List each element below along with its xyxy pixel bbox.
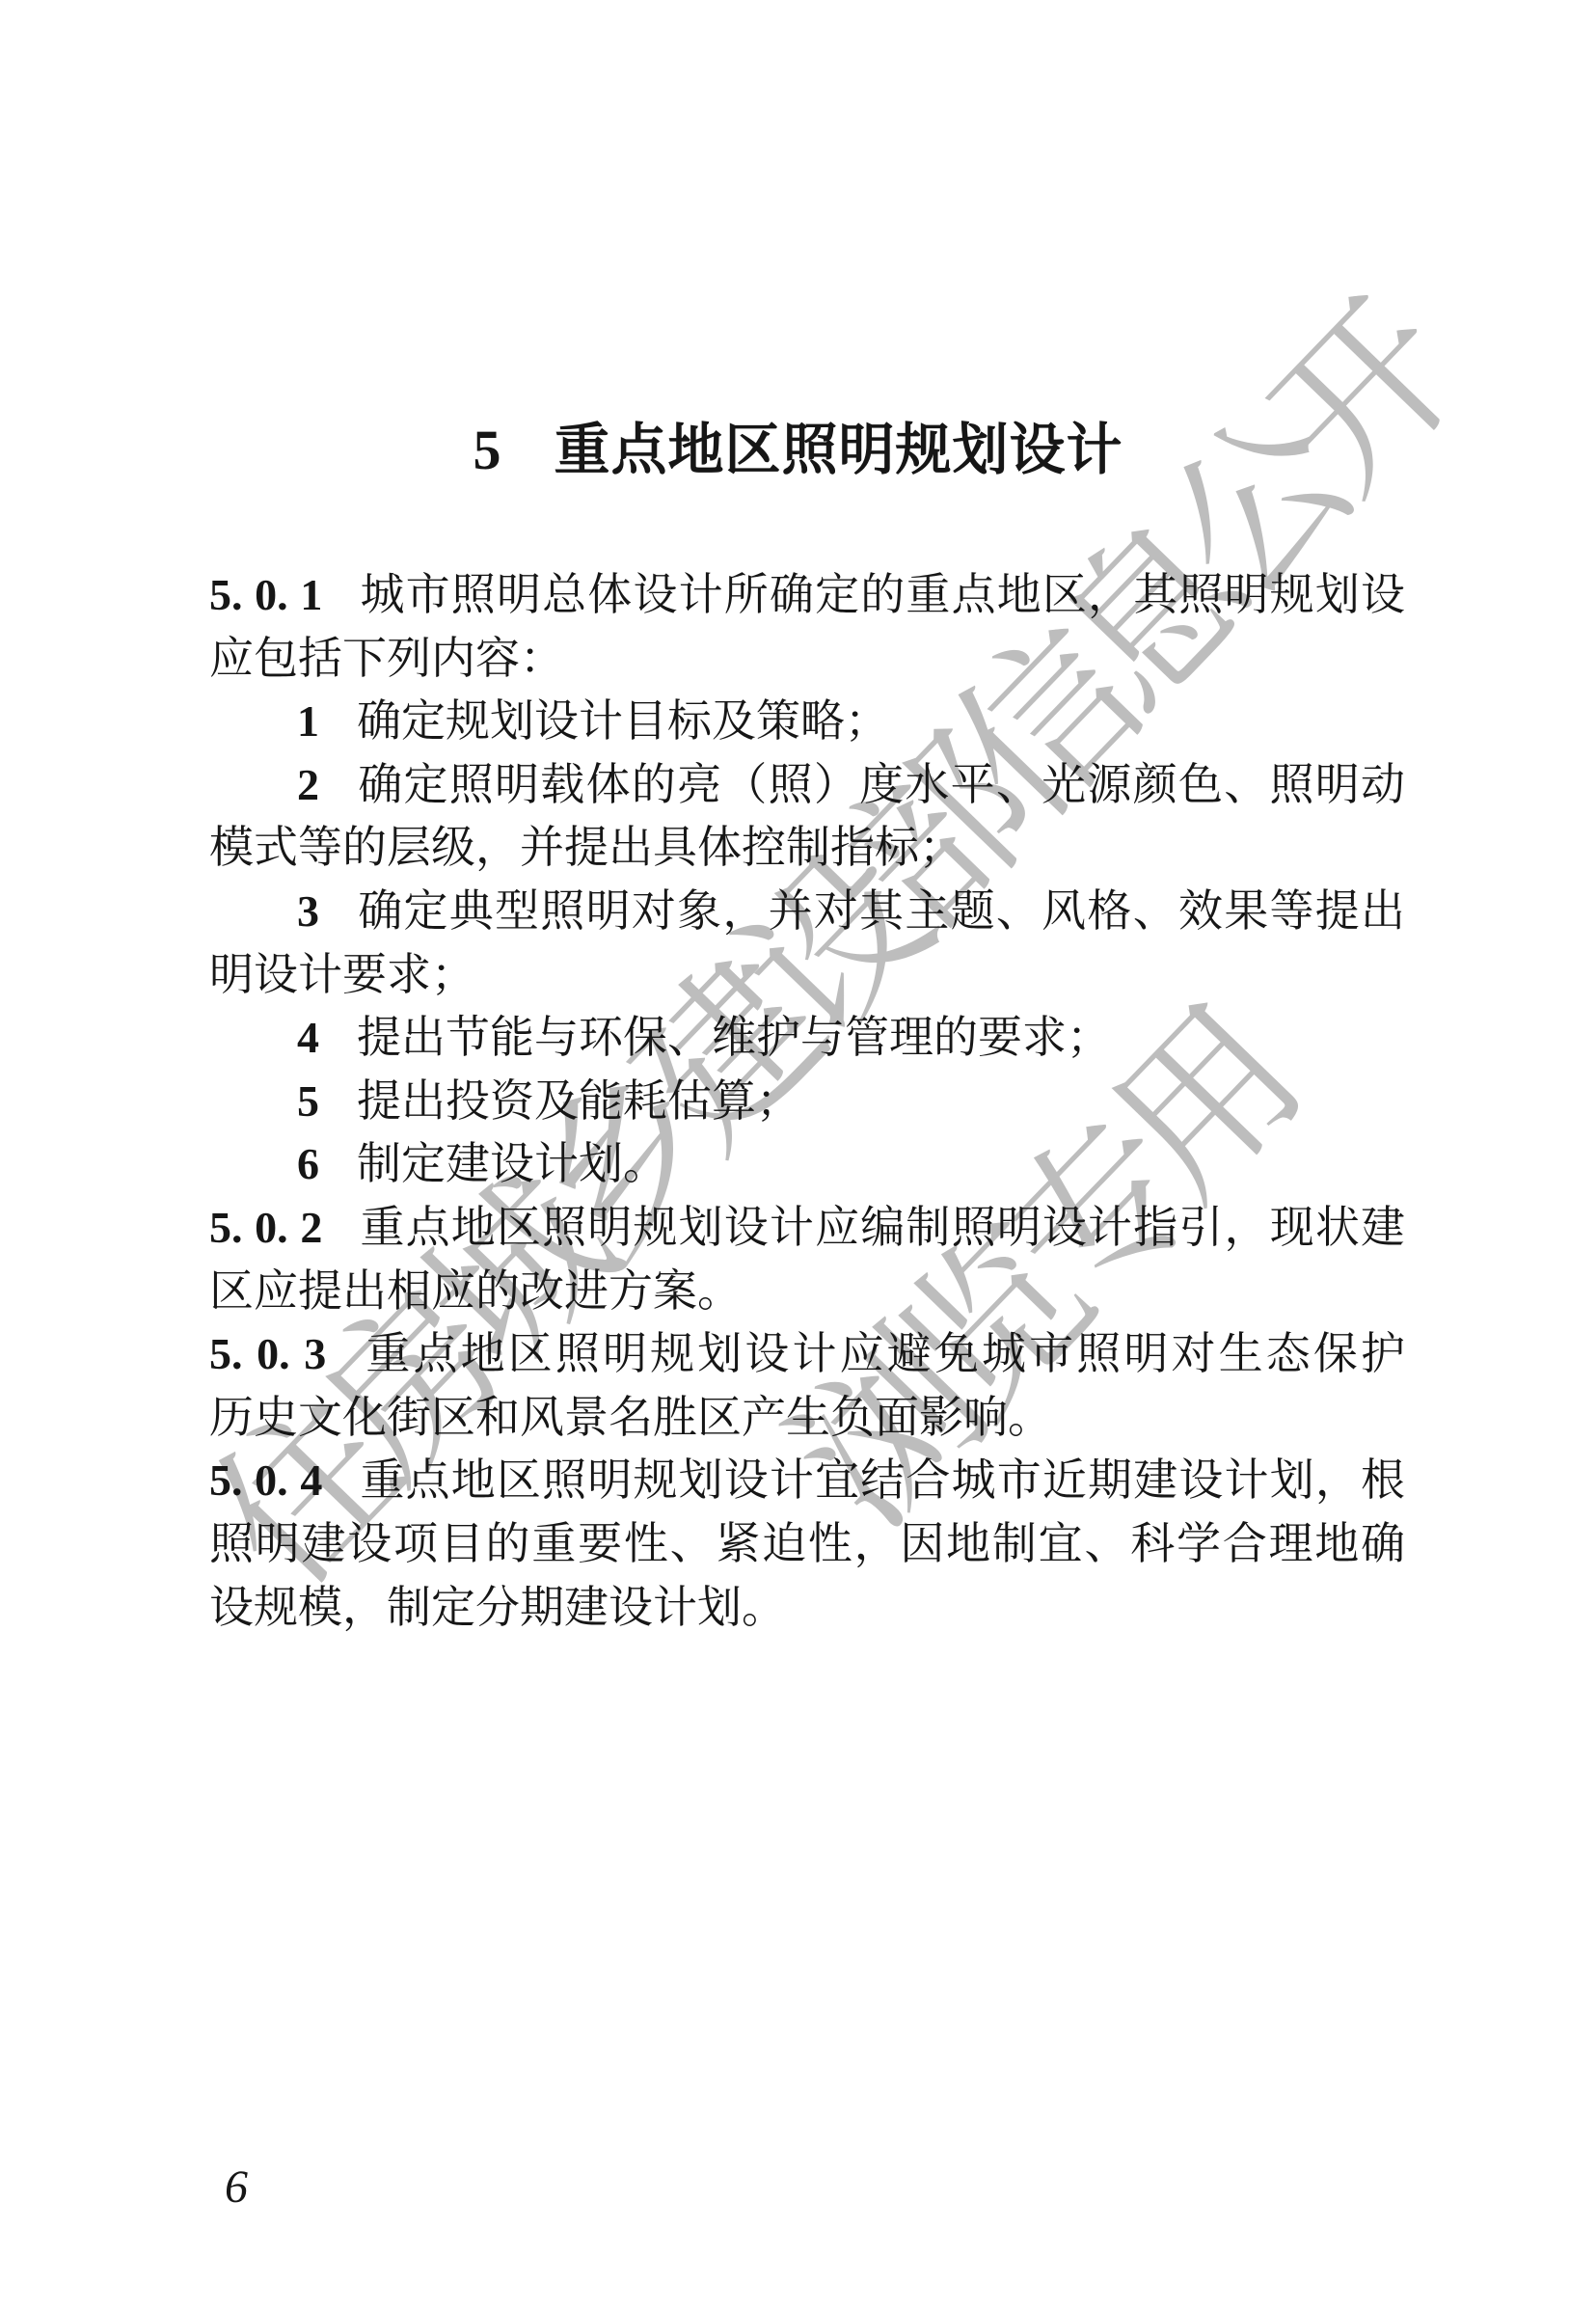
line-text: 制定建设计划。	[357, 1139, 667, 1188]
body-text: 5. 0. 1城市照明总体设计所确定的重点地区，其照明规划设计 应包括下列内容：…	[209, 563, 1405, 1639]
item-number: 6	[297, 1132, 357, 1196]
section-number: 5. 0. 2	[209, 1203, 322, 1252]
chapter-title-text: 重点地区照明规划设计	[554, 419, 1123, 481]
text-line: 模式等的层级，并提出具体控制指标；	[209, 816, 1405, 880]
section-number: 5. 0. 3	[209, 1329, 326, 1378]
text-line: 区应提出相应的改进方案。	[209, 1260, 1405, 1323]
text-line: 5. 0. 2重点地区照明规划设计应编制照明设计指引，现状建成	[209, 1196, 1405, 1260]
line-text: 区应提出相应的改进方案。	[209, 1266, 742, 1316]
text-line: 5. 0. 3重点地区照明规划设计应避免城市照明对生态保护区、	[209, 1322, 1405, 1386]
item-number: 1	[297, 690, 357, 753]
line-text: 确定照明载体的亮（照）度水平、光源颜色、照明动态	[297, 760, 1405, 817]
line-text: 重点地区照明规划设计应编制照明设计指引，现状建成	[209, 1203, 1405, 1260]
item-number: 5	[297, 1070, 357, 1133]
text-line: 5. 0. 1城市照明总体设计所确定的重点地区，其照明规划设计	[209, 563, 1405, 627]
line-text: 重点地区照明规划设计宜结合城市近期建设计划，根据	[209, 1455, 1405, 1512]
line-text: 提出投资及能耗估算；	[357, 1076, 800, 1126]
text-line: 5. 0. 4重点地区照明规划设计宜结合城市近期建设计划，根据	[209, 1449, 1405, 1512]
text-line: 设规模，制定分期建设计划。	[209, 1576, 1405, 1640]
text-line: 应包括下列内容：	[209, 627, 1405, 691]
line-text: 设规模，制定分期建设计划。	[209, 1583, 786, 1632]
text-line: 2确定照明载体的亮（照）度水平、光源颜色、照明动态	[209, 753, 1405, 817]
line-text: 照明建设项目的重要性、紧迫性，因地制宜、科学合理地确定建	[209, 1519, 1405, 1576]
chapter-title: 5重点地区照明规划设计	[0, 415, 1596, 486]
text-line: 4提出节能与环保、维护与管理的要求；	[209, 1006, 1405, 1070]
text-line: 历史文化街区和风景名胜区产生负面影响。	[209, 1386, 1405, 1450]
line-text: 提出节能与环保、维护与管理的要求；	[357, 1013, 1111, 1062]
text-line: 3确定典型照明对象，并对其主题、风格、效果等提出照	[209, 880, 1405, 943]
line-text: 历史文化街区和风景名胜区产生负面影响。	[209, 1393, 1052, 1442]
section-number: 5. 0. 1	[209, 570, 322, 619]
text-line: 1确定规划设计目标及策略；	[209, 690, 1405, 753]
text-line: 5提出投资及能耗估算；	[209, 1070, 1405, 1133]
text-line: 照明建设项目的重要性、紧迫性，因地制宜、科学合理地确定建	[209, 1512, 1405, 1576]
text-line: 6制定建设计划。	[209, 1132, 1405, 1196]
item-number: 4	[297, 1006, 357, 1070]
line-text: 应包括下列内容：	[209, 634, 564, 683]
line-text: 确定规划设计目标及策略；	[357, 696, 889, 746]
section-number: 5. 0. 4	[209, 1455, 322, 1505]
line-text: 确定典型照明对象，并对其主题、风格、效果等提出照	[297, 886, 1405, 943]
text-line: 明设计要求；	[209, 943, 1405, 1007]
document-page: 住房城乡建设部信息公开 浏览专用 5重点地区照明规划设计 5. 0. 1城市照明…	[0, 0, 1596, 2311]
line-text: 城市照明总体设计所确定的重点地区，其照明规划设计	[209, 570, 1405, 627]
chapter-number: 5	[473, 419, 501, 481]
line-text: 明设计要求；	[209, 950, 475, 999]
line-text: 重点地区照明规划设计应避免城市照明对生态保护区、	[209, 1329, 1405, 1386]
line-text: 模式等的层级，并提出具体控制指标；	[209, 823, 963, 872]
item-number: 2	[297, 753, 357, 817]
item-number: 3	[297, 880, 357, 943]
page-number: 6	[225, 2159, 248, 2216]
